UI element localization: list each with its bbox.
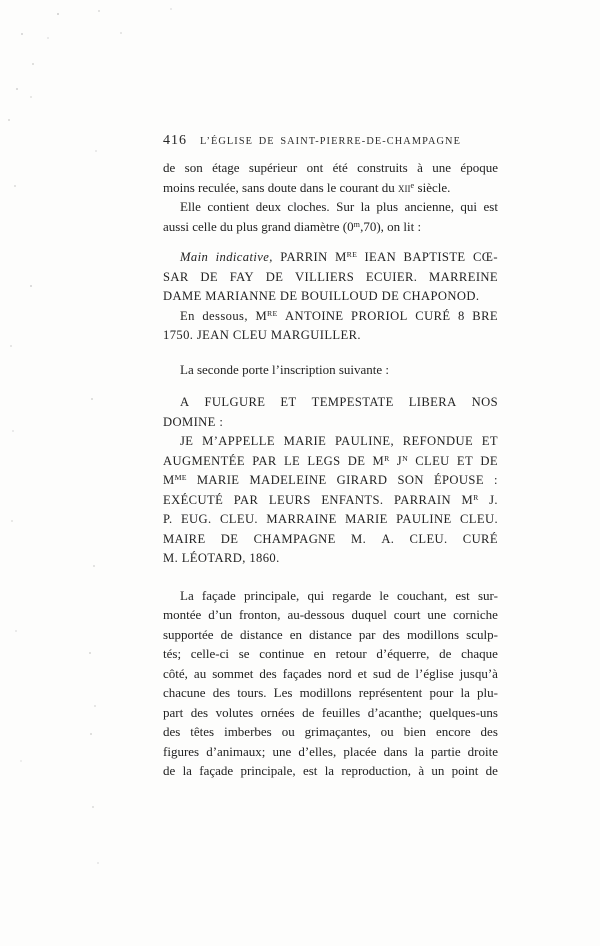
text-line: supportéededistanceendistancepardesmodil… — [163, 627, 498, 647]
text-line: desonétagesupérieurontétéconstruitsàuneé… — [163, 160, 498, 180]
text-line: AUGMENTÉEPARLELEGSDEMRJNCLEUETDE — [163, 454, 498, 474]
scan-noise — [0, 0, 2, 2]
text-line: partdesvolutesornéesdefeuillesd’acanthe;… — [163, 705, 498, 725]
text-line: Lafaçadeprincipale,quiregardelecouchant,… — [163, 588, 498, 608]
text-line: moins reculée, sans doute dans le couran… — [163, 180, 498, 200]
text-line: MMEMARIEMADELEINEGIRARDSONÉPOUSE: — [163, 473, 498, 493]
page-header: 416 L’ÉGLISE DE SAINT-PIERRE-DE-CHAMPAGN… — [163, 133, 498, 148]
paragraph: La seconde porte l’inscription suivante … — [163, 362, 498, 382]
text-column: 416 L’ÉGLISE DE SAINT-PIERRE-DE-CHAMPAGN… — [163, 133, 498, 783]
text-line: P.EUG.CLEU.MARRAINEMARIEPAULINECLEU. — [163, 512, 498, 532]
text-line: SARDEFAYDEVILLIERSECUIER.MARREINE — [163, 270, 498, 290]
scanned-book-page: { "page": { "number": "416", "running_ti… — [0, 0, 600, 946]
text-line: tés;celle-cisecontinueenretourd’équerre,… — [163, 646, 498, 666]
paragraph-bell-inscription-2: AFULGUREETTEMPESTATELIBERANOSDOMINE : — [163, 395, 498, 434]
text-line: destêtesimberbesougrimaçantes,oubienenco… — [163, 724, 498, 744]
text-line: chacunedestours.Lesmodillonsreprésentent… — [163, 685, 498, 705]
text-line: figuresd’animaux;uned’elles,placéedansla… — [163, 744, 498, 764]
text-line: montéed’unfronton,au-dessousduquelcourtu… — [163, 607, 498, 627]
running-title: L’ÉGLISE DE SAINT-PIERRE-DE-CHAMPAGNE — [163, 136, 498, 147]
text-line: DAME MARIANNE DE BOUILLOUD DE CHAPONOD. — [163, 289, 498, 309]
text-line: La seconde porte l’inscription suivante … — [163, 362, 498, 382]
text-line: Ellecontientdeuxcloches.Surlaplusancienn… — [163, 199, 498, 219]
paragraph-bell-inscription-2b: JEM’APPELLEMARIEPAULINE,REFONDUEETAUGMEN… — [163, 434, 498, 571]
text-line: côté,ausommetdesfaçadesnordetsuddel’égli… — [163, 666, 498, 686]
text-line: aussi celle du plus grand diamètre (0m,7… — [163, 219, 498, 239]
text-line: DOMINE : — [163, 415, 498, 435]
paragraph: Ellecontientdeuxcloches.Surlaplusancienn… — [163, 199, 498, 238]
text-line: delafaçadeprincipale,estlareproduction,à… — [163, 763, 498, 783]
text-line: EXÉCUTÉPARLEURSENFANTS.PARRAINMRJ. — [163, 493, 498, 513]
text-line: AFULGUREETTEMPESTATELIBERANOS — [163, 395, 498, 415]
paragraph-facade-description: Lafaçadeprincipale,quiregardelecouchant,… — [163, 588, 498, 783]
paragraph-bell-inscription-1: Mainindicative,PARRINMREIEANBAPTISTECŒ-S… — [163, 250, 498, 309]
paragraph-bell-inscription-1b: Endessous,MREANTOINEPRORIOLCURÉ8BRE1750.… — [163, 309, 498, 348]
text-line: JEM’APPELLEMARIEPAULINE,REFONDUEET — [163, 434, 498, 454]
text-line: M. LÉOTARD, 1860. — [163, 551, 498, 571]
page-background: 416 L’ÉGLISE DE SAINT-PIERRE-DE-CHAMPAGN… — [0, 0, 600, 946]
text-line: MAIREDECHAMPAGNEM.A.CLEU.CURÉ — [163, 532, 498, 552]
text-line: Mainindicative,PARRINMREIEANBAPTISTECŒ- — [163, 250, 498, 270]
text-line: Endessous,MREANTOINEPRORIOLCURÉ8BRE — [163, 309, 498, 329]
paragraph: desonétagesupérieurontétéconstruitsàuneé… — [163, 160, 498, 199]
text-line: 1750. JEAN CLEU MARGUILLER. — [163, 328, 498, 348]
